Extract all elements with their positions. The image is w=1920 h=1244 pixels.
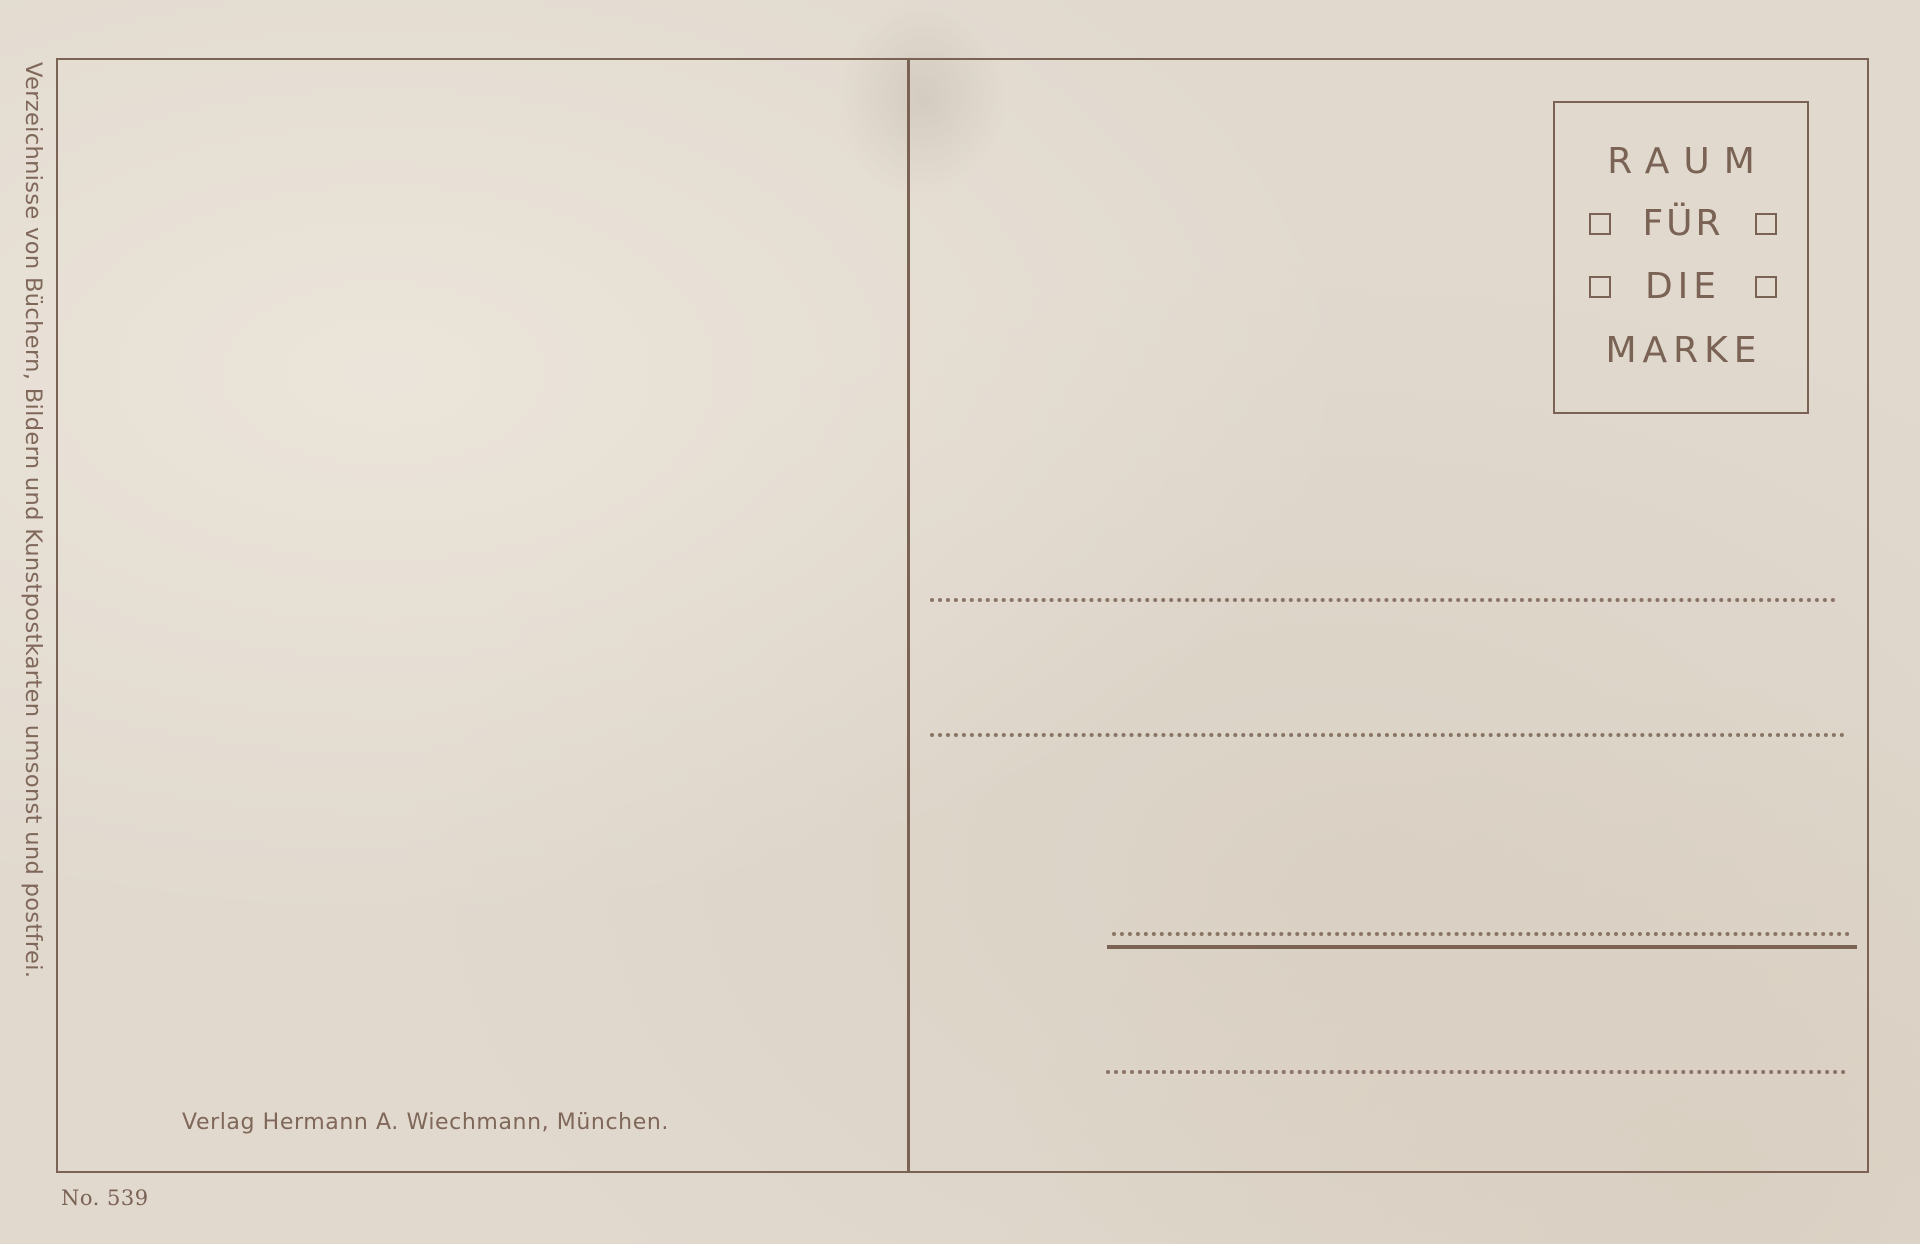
address-line-2 [930,733,1845,737]
stamp-box: RAUM FÜR DIE MARKE [1553,101,1809,414]
address-line-4 [1106,1070,1846,1074]
address-line-3 [1112,932,1850,936]
address-underline-solid [1107,945,1857,949]
square-ornament-icon [1755,213,1777,235]
card-number: No. 539 [61,1186,149,1210]
side-note-vertical: Verzeichnisse von Büchern, Bildern und K… [20,62,46,978]
square-ornament-icon [1755,276,1777,298]
stamp-text-raum: RAUM [1607,144,1769,180]
center-divider [907,58,910,1173]
square-ornament-icon [1589,276,1611,298]
stamp-text-die: DIE [1645,269,1721,305]
stamp-text-marke: MARKE [1605,333,1762,369]
address-line-1 [930,598,1836,602]
square-ornament-icon [1589,213,1611,235]
publisher-imprint: Verlag Hermann A. Wiechmann, München. [182,1110,669,1135]
stamp-text-fur: FÜR [1642,206,1723,242]
